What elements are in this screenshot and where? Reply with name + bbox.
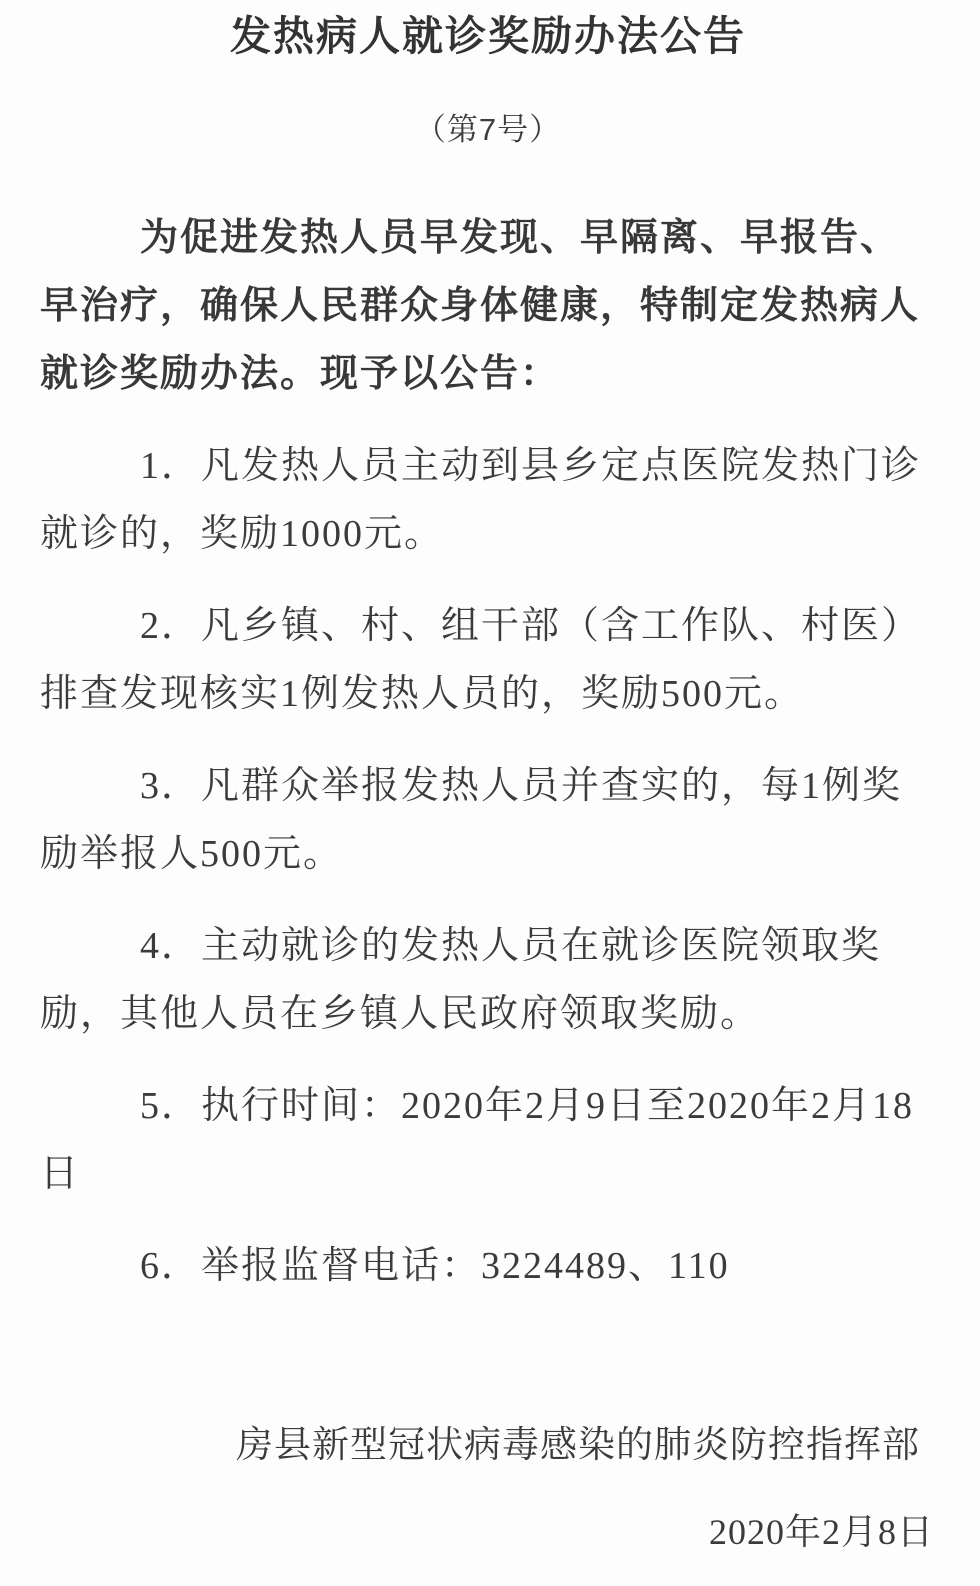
- list-item-5: 5．执行时间：2020年2月9日至2020年2月18日: [40, 1072, 936, 1208]
- signature-block: 房县新型冠状病毒感染的肺炎防控指挥部 2020年2月8日: [40, 1420, 936, 1558]
- list-item-3: 3．凡群众举报发热人员并查实的，每1例奖励举报人500元。: [40, 752, 936, 888]
- issue-number: （第7号）: [40, 108, 936, 152]
- list-item-4: 4．主动就诊的发热人员在就诊医院领取奖励，其他人员在乡镇人民政府领取奖励。: [40, 912, 936, 1048]
- list-item-6: 6．举报监督电话：3224489、110: [40, 1232, 936, 1300]
- document-title: 发热病人就诊奖励办法公告: [40, 8, 936, 64]
- issue-date: 2020年2月8日: [40, 1506, 936, 1558]
- list-item-2: 2．凡乡镇、村、组干部（含工作队、村医）排查发现核实1例发热人员的，奖励500元…: [40, 592, 936, 728]
- issuer-signature: 房县新型冠状病毒感染的肺炎防控指挥部: [40, 1420, 936, 1472]
- list-item-1: 1．凡发热人员主动到县乡定点医院发热门诊就诊的，奖励1000元。: [40, 432, 936, 568]
- intro-paragraph: 为促进发热人员早发现、早隔离、早报告、早治疗，确保人民群众身体健康，特制定发热病…: [40, 204, 936, 408]
- announcement-document: 发热病人就诊奖励办法公告 （第7号） 为促进发热人员早发现、早隔离、早报告、早治…: [0, 0, 980, 1586]
